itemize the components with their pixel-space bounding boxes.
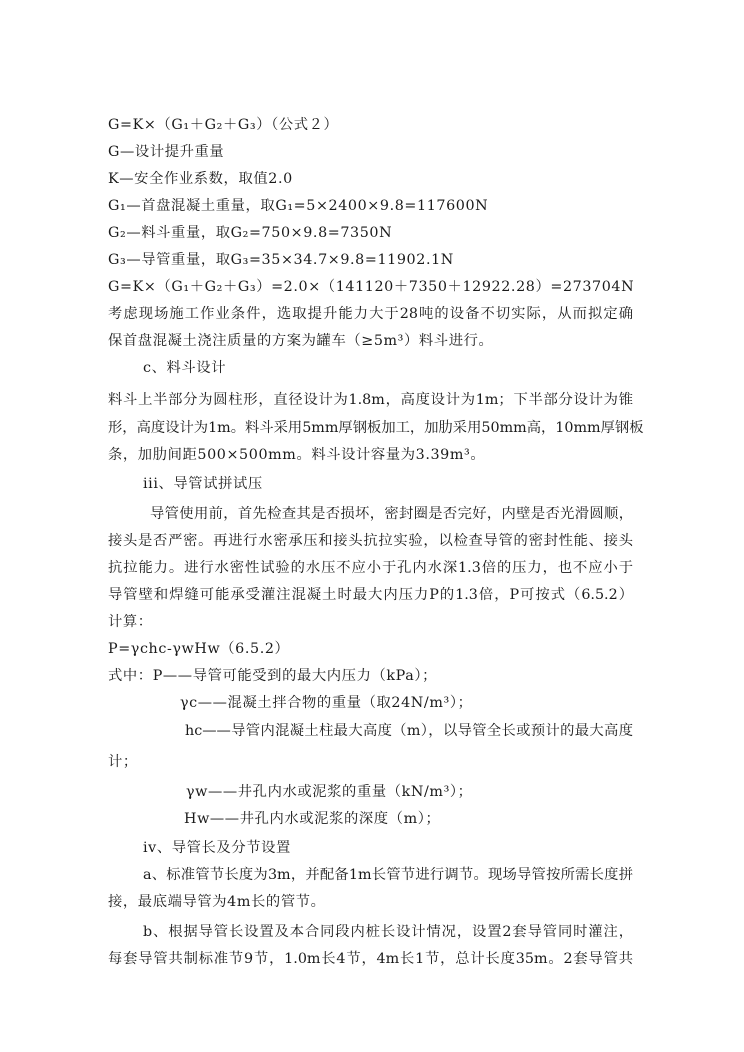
definition-g3: G₃—导管重量，取G₃=35×34.7×9.8=11902.1N [108, 251, 454, 269]
formula-2: G=K×（G₁＋G₂＋G₃）（公式２） [108, 116, 338, 134]
where-gamma-w: γw——井孔内水或泥浆的重量（kN/m³）； [186, 783, 473, 801]
paragraph-line: 考虑现场施工作业条件，选取提升能力大于28吨的设备不切实际，从而拟定确 [108, 305, 633, 323]
paragraph-line: a、标准管节长度为3m，并配备1m长管节进行调节。现场导管按所需长度拼 [143, 866, 633, 884]
paragraph-line: 保首盘混凝土浇注质量的方案为罐车（≥5m³）料斗进行。 [108, 332, 493, 350]
section-heading-iii: iii、导管试拼试压 [143, 475, 263, 493]
where-p: 式中：P——导管可能受到的最大内压力（kPa）； [108, 667, 437, 685]
calculation-g: G=K×（G₁＋G₂＋G₃）=2.0×（141120＋7350＋12922.28… [108, 278, 634, 296]
paragraph-line: 接头是否严密。再进行水密承压和接头抗拉实验，以检查导管的密封性能、接头 [108, 532, 633, 550]
paragraph-line: 条，加肋间距500×500mm。料斗设计容量为3.39m³。 [108, 446, 485, 464]
where-hw: Hw——井孔内水或泥浆的深度（m）； [184, 810, 440, 828]
paragraph-line: 接，最底端导管为4m长的管节。 [108, 893, 326, 911]
paragraph-line: 计算： [108, 613, 153, 631]
where-hc-continued: 计； [108, 753, 138, 771]
paragraph-line: 每套导管共制标准节9节，1.0m长4节，4m长1节，总计长度35m。2套导管共 [108, 950, 633, 968]
definition-g1: G₁—首盘混凝土重量，取G₁=5×2400×9.8=117600N [108, 197, 488, 215]
paragraph-line: 形，高度设计为1m。料斗采用5mm厚钢板加工，加肋采用50mm高，10mm厚钢板 [108, 419, 633, 437]
paragraph-line: 抗拉能力。进行水密性试验的水压不应小于孔内水深1.3倍的压力，也不应小于 [108, 559, 633, 577]
paragraph-line: 导管使用前，首先检查其是否损坏，密封圈是否完好，内壁是否光滑圆顺， [150, 505, 633, 523]
document-page: G=K×（G₁＋G₂＋G₃）（公式２） G—设计提升重量 K—安全作业系数，取值… [0, 0, 744, 1052]
formula-6-5-2: P=γchc-γwHw（6.5.2） [108, 640, 289, 658]
definition-g: G—设计提升重量 [108, 143, 224, 161]
where-gamma-c: γc——混凝土拌合物的重量（取24N/m³）； [180, 694, 472, 712]
section-heading-c: c、料斗设计 [143, 359, 226, 377]
section-heading-iv: iv、导管长及分节设置 [143, 839, 291, 857]
where-hc: hc——导管内混凝土柱最大高度（m），以导管全长或预计的最大高度 [185, 722, 633, 740]
definition-g2: G₂—料斗重量，取G₂=750×9.8=7350N [108, 224, 392, 242]
paragraph-line: 料斗上半部分为圆柱形，直径设计为1.8m，高度设计为1m；下半部分设计为锥 [108, 391, 633, 409]
definition-k: K—安全作业系数，取值2.0 [108, 170, 293, 188]
paragraph-line: b、根据导管长设置及本合同段内桩长设计情况，设置2套导管同时灌注， [143, 923, 633, 941]
paragraph-line: 导管壁和焊缝可能承受灌注混凝土时最大内压力P的1.3倍，P可按式（6.5.2） [108, 586, 633, 604]
